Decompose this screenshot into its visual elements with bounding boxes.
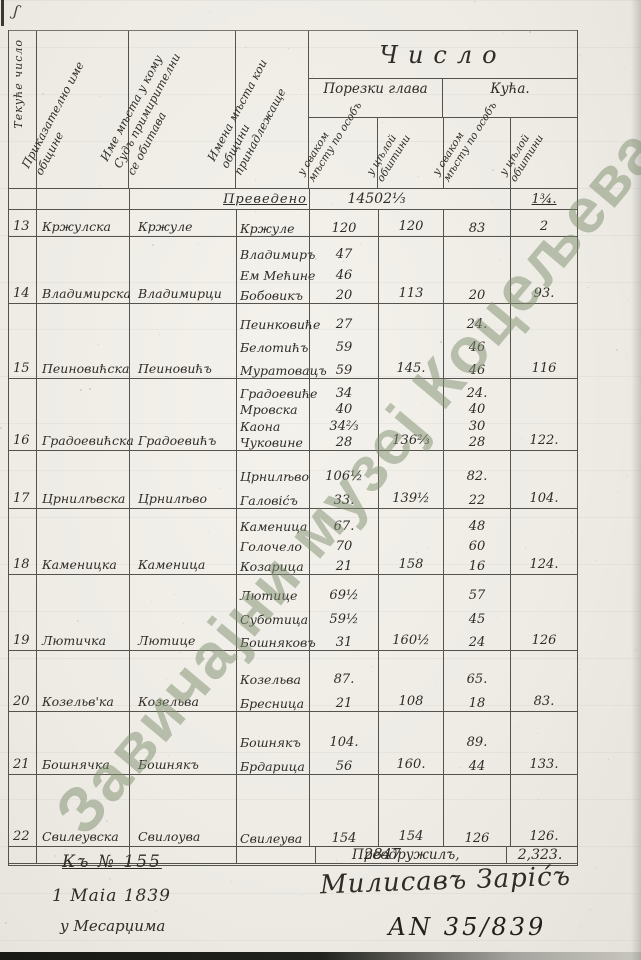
commune-name: Пеиновићска [36,304,129,378]
totals-kuca: 2,323. [506,847,573,863]
paper-speck [580,669,581,670]
glava-value-stack: 154 [309,775,378,846]
date-note: 1 Маiа 1839 [52,886,171,906]
paper-speck [156,911,157,912]
village-name-stack: КозельваБресница [236,651,309,711]
village-line: Каменица [237,514,309,534]
paper-speck [5,922,7,924]
glava-value: 27 [310,317,378,332]
village-name: Каона [237,419,280,434]
glava-value: 59½ [310,612,378,627]
seat-name: Каменица [129,509,236,574]
kuca-value: 18 [444,696,510,711]
commune-group: 22СвилеувскаСвилоуваСвилеува154154126126… [9,775,577,847]
row-number: 13 [9,210,36,236]
glava-line: 33. [310,484,378,508]
glava-value-stack: 120 [309,210,378,236]
kuca-value-stack: 89.44 [443,712,510,774]
glava-line: 31 [310,627,378,650]
kuca-total: 83. [510,651,577,711]
paper-speck [303,895,304,896]
glava-value-stack: 275959 [309,304,378,378]
kuca-value: 65. [444,672,510,687]
kuca-value-stack: 126 [443,775,510,846]
glava-value: 106½ [310,469,378,484]
paper-speck [624,68,625,69]
glava-value-stack: 344034⅔28 [309,379,378,450]
village-line: Кржуле [237,215,309,236]
glava-value-stack: 87.21 [309,651,378,711]
kuca-line: 46 [444,332,510,355]
paper-speck [316,948,317,949]
commune-name: Владимирска [36,237,129,303]
village-line: Свилеува [237,822,309,846]
kuca-line: 44 [444,750,510,774]
kuca-value-stack: 20 [443,237,510,303]
village-name-stack: ЦрнилѣвоГаловićъ [236,451,309,508]
village-name-stack: Кржуле [236,210,309,236]
paper-speck [225,21,226,22]
glava-line: 40 [310,401,378,418]
row-number: 18 [9,509,36,574]
census-table: Текуће число Приказателно име общине Име… [8,30,578,866]
glava-value: 47 [310,247,378,262]
commune-group: 17ЦрнилѣвскаЦрнилѣвоЦрнилѣвоГаловićъ106½… [9,451,577,509]
kuca-line: 82. [444,460,510,484]
glava-line: 28 [310,434,378,451]
kuca-line: 65. [444,663,510,687]
village-name: Мровска [237,402,298,417]
glava-value: 21 [310,559,378,574]
seat-name: Бошнякъ [129,712,236,774]
village-name-stack: Свилеува [236,775,309,846]
kuca-line: 60 [444,534,510,554]
place-note: у Месарџима [60,917,165,935]
glava-value: 28 [310,435,378,450]
village-name: Чуковине [237,435,303,450]
village-line: Бобовикъ [237,283,309,303]
village-line: Белотићъ [237,332,309,355]
kuca-value-stack: 65.18 [443,651,510,711]
paper-speck [609,167,610,168]
glava-line: 34 [310,384,378,401]
commune-name: Каменицка [36,509,129,574]
seat-name: Лютице [129,575,236,650]
kuca-value: 24 [444,635,510,650]
paper-speck [627,357,628,358]
village-line: Ем Мећине [237,262,309,282]
paper-speck [588,287,589,288]
kuca-value: 83 [444,221,510,236]
commune-name: Кржулска [36,210,129,236]
kuca-value: 20 [444,288,510,303]
glava-value: 20 [310,288,378,303]
village-name: Црнилѣво [237,469,309,484]
village-name-stack: БошнякъБрдарица [236,712,309,774]
glava-value: 67. [310,519,378,534]
commune-name: Бошнячка [36,712,129,774]
commune-name: Црнилѣвска [36,451,129,508]
glava-value-stack: 67.7021 [309,509,378,574]
glava-line: 154 [310,822,378,846]
row-number: 14 [9,237,36,303]
paper-speck [203,14,204,15]
commune-group: 13КржулскаКржулеКржуле120120832 [9,210,577,237]
kuca-value: 46 [444,363,510,378]
header-number-block: Число Порезки глава Кућа. у сваком мѣсту… [308,31,577,188]
header-number-title: Число [309,31,577,78]
kuca-value-stack: 24.403028 [443,379,510,450]
commune-group: 15ПеиновићскаПеиновићъПеинковићеБелотићъ… [9,304,577,379]
glava-line: 27 [310,309,378,332]
row-number: 19 [9,575,36,650]
kuca-value: 57 [444,588,510,603]
kuca-value: 82. [444,469,510,484]
glava-value: 87. [310,672,378,687]
seat-name: Козельва [129,651,236,711]
glava-value: 21 [310,696,378,711]
kuca-line: 24. [444,309,510,332]
kuca-line: 18 [444,687,510,711]
village-name-stack: ПеинковићеБелотићъМуратовацъ [236,304,309,378]
kuca-value: 24. [444,386,510,401]
attestation-note: Преодружилъ, [352,847,460,863]
village-name: Свилеува [237,831,302,846]
kuca-total: 93. [510,237,577,303]
paper-speck [209,11,210,12]
glava-value-stack: 69½59½31 [309,575,378,650]
kuca-line [444,262,510,282]
kuca-value: 16 [444,559,510,574]
village-name: Голочело [237,539,302,554]
glava-line: 87. [310,663,378,687]
kuca-total: 122. [510,379,577,450]
village-name: Суботица [237,612,308,627]
kuca-line: 30 [444,417,510,434]
paper-speck [595,560,596,561]
kuca-total: 126 [510,575,577,650]
paper-speck [580,925,581,926]
kuca-value: 22 [444,493,510,508]
commune-name: Лютичка [36,575,129,650]
row-number: 20 [9,651,36,711]
glava-value: 59 [310,363,378,378]
glava-line: 21 [310,554,378,574]
village-line: Муратовацъ [237,355,309,378]
commune-group: 20Козельв'каКозельваКозельваБресница87.2… [9,651,577,712]
village-name: Бошнякъ [237,735,301,750]
village-line: Мровска [237,401,309,418]
kuca-line: 89. [444,726,510,750]
archive-file-number: АN 35/839 [388,913,546,941]
row-number: 16 [9,379,36,450]
glava-value-stack: 106½33. [309,451,378,508]
glava-value: 59 [310,340,378,355]
scan-bottom-edge [0,952,641,960]
header-places-cell: Имена мѣста кои общини принадлежаще [235,31,308,188]
glava-total: 158 [378,509,443,574]
seat-name: Владимирци [129,237,236,303]
glava-value: 33. [310,493,378,508]
glava-value: 56 [310,759,378,774]
kuca-line [444,242,510,262]
village-name: Кржуле [237,221,295,236]
village-name: Бошняковъ [237,635,316,650]
commune-name: Градоевићска [36,379,129,450]
header-sub-band: у сваком мѣсту по особъ у цѣлой обштини … [309,117,577,188]
village-name-stack: ВладимиръЕм МећинеБобовикъ [236,237,309,303]
commune-group: 21БошнячкаБошнякъБошнякъБрдарица104.5616… [9,712,577,775]
glava-line: 59 [310,355,378,378]
village-line: Лютице [237,580,309,603]
kuca-line: 57 [444,580,510,603]
village-line: Брдарица [237,750,309,774]
paper-speck [627,475,628,476]
kuca-value-stack: 24.4646 [443,304,510,378]
kuca-line: 126 [444,822,510,846]
paper-speck [624,179,625,180]
glava-line: 34⅔ [310,417,378,434]
glava-total: 160. [378,712,443,774]
village-name: Брдарица [237,759,305,774]
paper-speck [109,878,111,880]
kuca-line: 46 [444,355,510,378]
kuca-value-stack: 486016 [443,509,510,574]
seat-name: Кржуле [129,210,236,236]
kuca-value: 24. [444,317,510,332]
glava-line: 69½ [310,580,378,603]
village-name: Белотићъ [237,340,308,355]
kuca-value-stack: 82.22 [443,451,510,508]
kuca-line: 20 [444,283,510,303]
kuca-total: 104. [510,451,577,508]
glava-line: 67. [310,514,378,534]
paper-speck [471,28,472,29]
village-name: Градоевиће [237,386,317,401]
commune-group: 19ЛютичкаЛютицеЛютицеСуботицаБошняковъ69… [9,575,577,651]
seat-name: Црнилѣво [129,451,236,508]
kuca-value: 28 [444,435,510,450]
header-sub-kuca-each-cell: у сваком мѣсту по особъ [443,118,510,188]
kuca-line: 16 [444,554,510,574]
commune-group: 18КаменицкаКаменицаКаменицаГолочелоКозар… [9,509,577,575]
village-name: Козарица [237,559,304,574]
glava-value: 104. [310,735,378,750]
kuca-total: 124. [510,509,577,574]
paper-speck [185,0,186,1]
kuca-line: 24 [444,627,510,650]
kuca-line: 22 [444,484,510,508]
village-name: Каменица [237,519,307,534]
kuca-total: 126. [510,775,577,846]
village-line: Голочело [237,534,309,554]
glava-total: 154 [378,775,443,846]
village-name: Бресница [237,696,304,711]
glava-line: 120 [310,215,378,236]
kuca-line: 45 [444,603,510,626]
paper-speck [595,868,596,869]
village-name: Пеинковиће [237,317,320,332]
kuca-total: 2 [510,210,577,236]
village-name: Ем Мећине [237,268,315,283]
header-sub-glava-each-cell: у сваком мѣсту по особъ [309,118,377,188]
table-body: 13КржулскаКржулеКржуле12012083214Владими… [9,210,577,847]
glava-line: 46 [310,262,378,282]
kuca-line: 48 [444,514,510,534]
village-line: Владимиръ [237,242,309,262]
village-name: Козельва [237,672,301,687]
kuca-value: 40 [444,402,510,417]
glava-value: 70 [310,539,378,554]
row-number: 17 [9,451,36,508]
glava-line: 56 [310,750,378,774]
paper-speck [231,881,232,882]
kuca-value-stack: 574524 [443,575,510,650]
paper-speck [0,427,2,429]
glava-value: 120 [310,221,378,236]
commune-group: 14ВладимирскаВладимирциВладимиръЕм Мећин… [9,237,577,304]
commune-name: Козельв'ка [36,651,129,711]
paper-speck [3,548,4,549]
village-name: Бобовикъ [237,288,303,303]
village-line: Градоевиће [237,384,309,401]
seat-name: Градоевићъ [129,379,236,450]
glava-total: 139½ [378,451,443,508]
village-line: Козарица [237,554,309,574]
glava-value-stack: 474620 [309,237,378,303]
village-name: Владимиръ [237,247,315,262]
village-line: Чуковине [237,434,309,451]
village-line: Каона [237,417,309,434]
kuca-line: 83 [444,215,510,236]
glava-total: 136⅔ [378,379,443,450]
signature: Милисавъ Зарićъ [320,862,572,901]
village-name-stack: ЛютицеСуботицаБошняковъ [236,575,309,650]
carryover-glava-total: 14502⅓ [309,189,443,209]
paper-speck [363,921,364,922]
glava-value: 69½ [310,588,378,603]
paper-speck [608,759,609,760]
header-rownum-label: Текуће число [12,39,25,129]
glava-value: 31 [310,635,378,650]
village-line: Суботица [237,603,309,626]
kuca-value: 45 [444,612,510,627]
carryover-kuca-total: 1¾. [510,189,577,209]
glava-value: 46 [310,268,378,283]
glava-total: 113 [378,237,443,303]
row-number: 21 [9,712,36,774]
reference-number: Къ № 155 [62,852,162,872]
glava-line: 59 [310,332,378,355]
village-line: Бошнякъ [237,726,309,750]
paper-speck [616,349,618,351]
carryover-label: Преведено [129,189,309,209]
glava-value: 34 [310,386,378,401]
village-line: Козельва [237,663,309,687]
kuca-value-stack: 83 [443,210,510,236]
glava-line: 47 [310,242,378,262]
row-number: 22 [9,775,36,846]
header-sub-kuca-total-cell: у цѣлой обштини [510,118,577,188]
glava-total: 160½ [378,575,443,650]
glava-value: 40 [310,402,378,417]
village-line: Бресница [237,687,309,711]
kuca-value: 46 [444,340,510,355]
village-line: Бошняковъ [237,627,309,650]
header-sub-glava-total-cell: у цѣлой обштини [377,118,442,188]
paper-speck [617,491,618,492]
glava-total: 120 [378,210,443,236]
carryover-row: Преведено 14502⅓ 1¾. [9,188,577,210]
table-header: Текуће число Приказателно име общине Име… [9,30,577,188]
kuca-line: 40 [444,401,510,418]
pen-mark: ʃ [12,2,20,20]
paper-speck [628,300,629,301]
paper-speck [474,1,476,3]
kuca-value: 126 [444,831,510,846]
kuca-total: 133. [510,712,577,774]
kuca-value: 48 [444,519,510,534]
glava-line: 70 [310,534,378,554]
commune-name: Свилеувска [36,775,129,846]
kuca-value: 44 [444,759,510,774]
glava-value-stack: 104.56 [309,712,378,774]
glava-line: 106½ [310,460,378,484]
glava-total: 145. [378,304,443,378]
kuca-line: 28 [444,434,510,451]
village-line: Галовićъ [237,484,309,508]
village-line: Пеинковиће [237,309,309,332]
kuca-value: 89. [444,735,510,750]
seat-name: Пеиновићъ [129,304,236,378]
glava-line: 20 [310,283,378,303]
village-line: Црнилѣво [237,460,309,484]
kuca-total: 116 [510,304,577,378]
kuca-value: 30 [444,419,510,434]
paper-speck [622,121,623,122]
glava-line: 59½ [310,603,378,626]
village-name-stack: КаменицаГолочелоКозарица [236,509,309,574]
row-number: 15 [9,304,36,378]
village-name: Галовićъ [237,493,298,508]
paper-speck [602,277,603,278]
paper-speck [29,20,30,21]
commune-group: 16ГрадоевићскаГрадоевићъГрадоевићеМровск… [9,379,577,451]
document-scan: ʃ Текуће число Приказателно име общине И… [0,0,641,960]
village-name-stack: ГрадоевићеМровскаКаонаЧуковине [236,379,309,450]
village-name: Лютице [237,588,297,603]
glava-value: 154 [310,831,378,846]
paper-speck [590,909,591,910]
paper-speck [580,55,581,56]
glava-total: 108 [378,651,443,711]
scan-edge-shadow [631,0,641,960]
kuca-value: 60 [444,539,510,554]
glava-line: 21 [310,687,378,711]
glava-line: 104. [310,726,378,750]
seat-name: Свилоува [129,775,236,846]
scan-edge-mark [1,0,4,26]
kuca-line: 24. [444,384,510,401]
glava-value: 34⅔ [310,419,378,434]
